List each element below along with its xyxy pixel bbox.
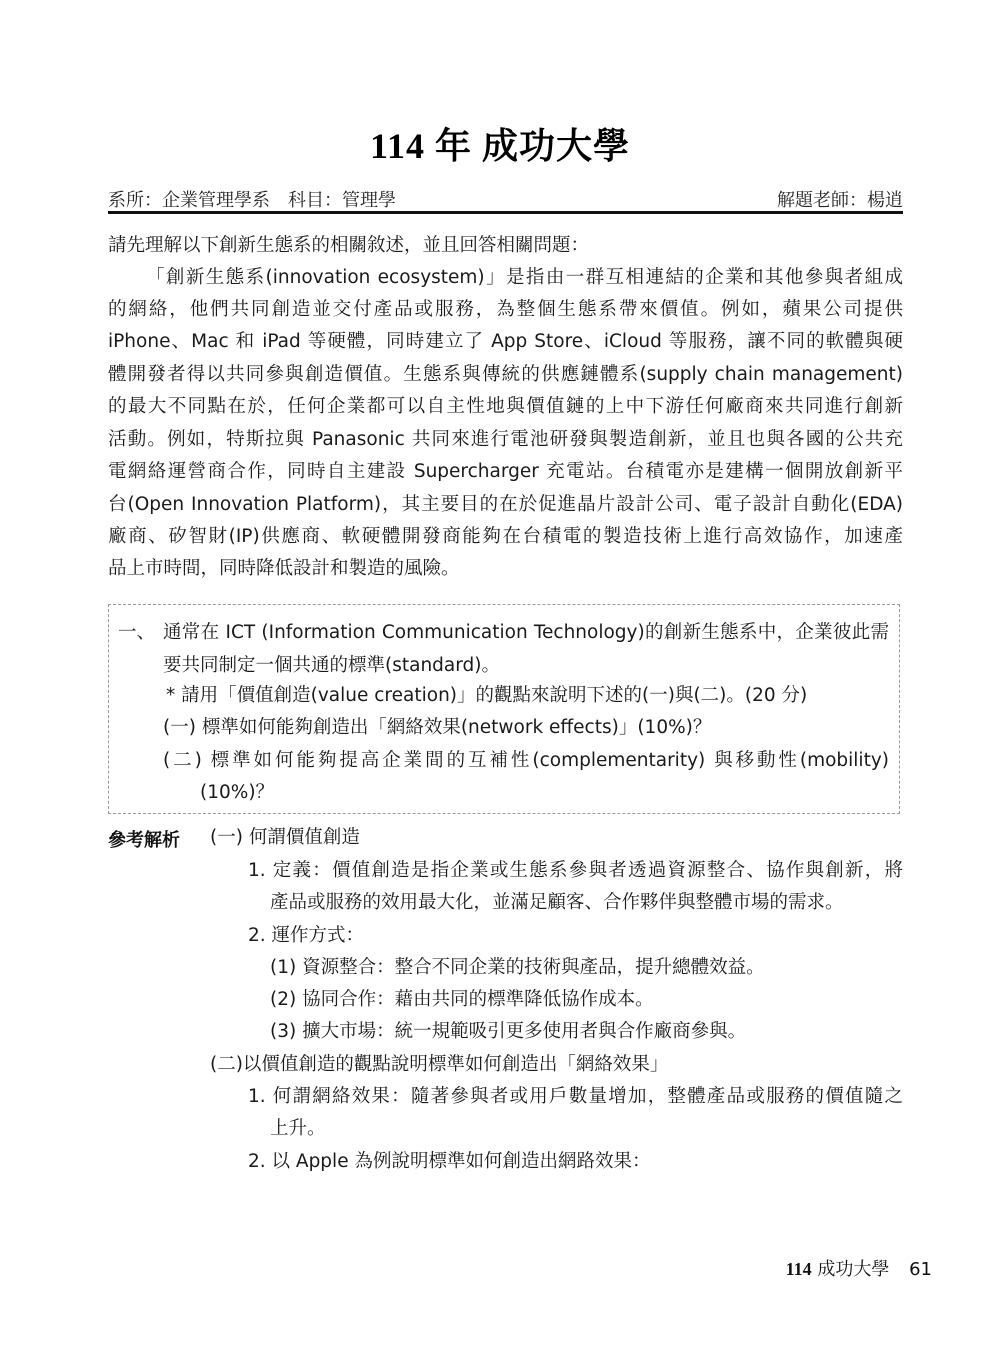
department-subject: 系所：企業管理學系 科目：管理學 — [108, 186, 396, 212]
question-line-1: 通常在 ICT (Information Communication Techn… — [163, 617, 889, 649]
paragraph-line: 體開發者得以共同參與創造價值。生態系與傳統的供應鏈體系(supply chain… — [108, 359, 903, 391]
answer-section-1-title: (一) 何謂價值創造 — [210, 822, 1000, 854]
sub-question-2: (二) 標準如何能夠提高企業間的互補性(complementarity) 與移動… — [163, 745, 889, 777]
answer-item: 2. 運作方式： — [248, 920, 1000, 952]
question-instruction: * 請用「價值創造(value creation)」的觀點來說明下述的(一)與(… — [166, 680, 961, 712]
sub-question-2-cont: (10%)？ — [200, 777, 995, 809]
question-line-2: 要共同制定一個共通的標準(standard)。 — [163, 650, 958, 682]
reference-answer-label: 參考解析 — [108, 826, 180, 852]
sub-question-1: (一) 標準如何能夠創造出「網絡效果(network effects)」(10%… — [163, 712, 958, 744]
paragraph-line: 「創新生態系(innovation ecosystem)」是指由一群互相連結的企… — [146, 262, 903, 294]
paragraph-line: 台(Open Innovation Platform)，其主要目的在於促進晶片設… — [108, 489, 903, 521]
answer-sub-item: (3) 擴大市場：統一規範吸引更多使用者與合作廠商參與。 — [270, 1016, 1000, 1048]
answer-section-2-title: (二)以價值創造的觀點說明標準如何創造出「網絡效果」 — [210, 1049, 1000, 1081]
paragraph-line: 電網絡運營商合作，同時自主建設 Supercharger 充電站。台積電亦是建構… — [108, 456, 903, 488]
answer-sub-item: (2) 協同合作：藉由共同的標準降低協作成本。 — [270, 984, 1000, 1016]
answer-item-cont: 上升。 — [270, 1113, 1000, 1145]
intro-prompt: 請先理解以下創新生態系的相關敘述，並且回答相關問題： — [108, 230, 903, 262]
page-number: 61 — [909, 1259, 932, 1280]
answer-item: 2. 以 Apple 為例說明標準如何創造出網路效果： — [248, 1146, 1000, 1178]
paragraph-line: 廠商、矽智財(IP)供應商、軟硬體開發商能夠在台積電的製造技術上進行高效協作，加… — [108, 521, 903, 553]
answer-item: 1. 定義：價值創造是指企業或生態系參與者透過資源整合、協作與創新，將 — [248, 855, 903, 887]
paragraph-line: iPhone、Mac 和 iPad 等硬體，同時建立了 App Store、iC… — [108, 326, 903, 358]
paragraph-line: 活動。例如，特斯拉與 Panasonic 共同來進行電池研發與製造創新，並且也與… — [108, 424, 903, 456]
question-number: 一、 — [118, 617, 158, 649]
answer-item-cont: 產品或服務的效用最大化，並滿足顧客、合作夥伴與整體市場的需求。 — [270, 887, 1000, 919]
paragraph-line: 品上市時間，同時降低設計和製造的風險。 — [108, 553, 903, 585]
footer-year: 114 — [786, 1259, 812, 1279]
page-title: 114 年 成功大學 — [0, 118, 1000, 169]
answer-sub-item: (1) 資源整合：整合不同企業的技術與產品，提升總體效益。 — [270, 952, 1000, 984]
page-footer: 114 成功大學 61 — [786, 1255, 932, 1281]
footer-school: 成功大學 — [817, 1259, 889, 1280]
paragraph-line: 的最大不同點在於，任何企業都可以自主性地與價值鏈的上中下游任何廠商來共同進行創新 — [108, 391, 903, 423]
header-divider — [108, 211, 903, 214]
teacher-name: 解題老師：楊逍 — [777, 186, 903, 212]
paragraph-line: 的網絡，他們共同創造並交付產品或服務，為整個生態系帶來價值。例如，蘋果公司提供 — [108, 294, 903, 326]
answer-item: 1. 何謂網絡效果：隨著參與者或用戶數量增加，整體產品或服務的價值隨之 — [248, 1081, 903, 1113]
